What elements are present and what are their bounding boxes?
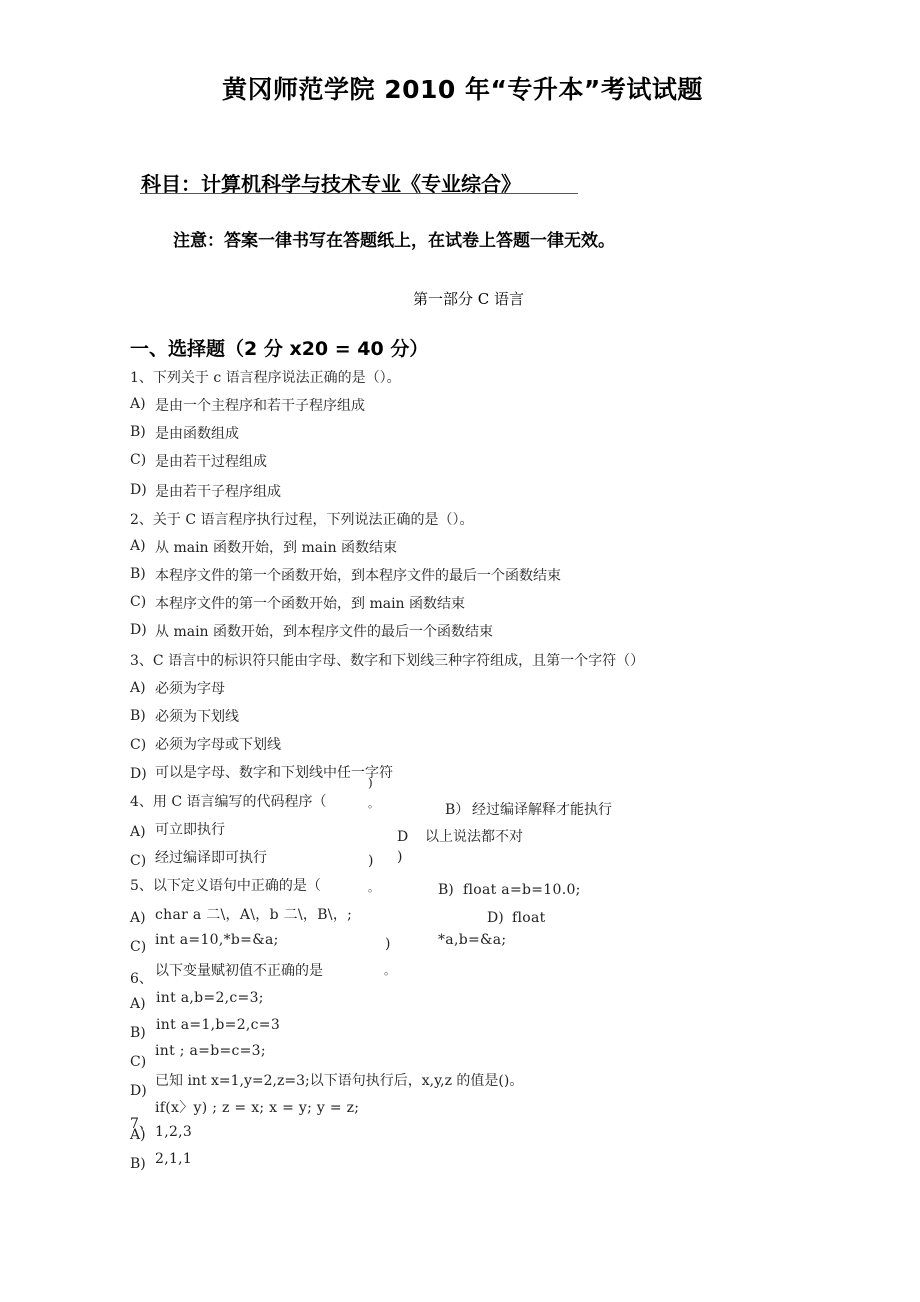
q3-option-a: 必须为字母 — [155, 678, 225, 698]
q4-option-a: 可立即执行 — [155, 819, 225, 839]
q6-option-b-label: B) — [130, 1025, 146, 1041]
q6-option-b: int a=1,b=2,c=3 — [156, 1017, 280, 1033]
q6-option-a: int a,b=2,c=3; — [156, 990, 264, 1006]
question-5-stem: 5、以下定义语句中正确的是（ — [130, 875, 321, 895]
question-1-stem: 1、下列关于 c 语言程序说法正确的是（）。 — [130, 367, 401, 387]
stray-paren: ) — [368, 776, 373, 790]
exam-title: 黄冈师范学院 2010 年“专升本”考试试题 — [222, 70, 703, 106]
q2-option-d-label: D) — [130, 622, 147, 638]
q2-option-c: 本程序文件的第一个函数开始，到 main 函数结束 — [155, 593, 465, 613]
stray-paren: ) — [397, 849, 402, 865]
q6-option-c: int ; a=b=c=3; — [155, 1043, 266, 1059]
q3-option-c: 必须为字母或下划线 — [155, 734, 281, 754]
q7-code: if(x〉y) ; z = x; x = y; y = z; — [155, 1097, 359, 1117]
part-heading: 第一部分 C 语言 — [413, 288, 524, 309]
q2-option-a-label: A) — [130, 538, 146, 554]
q4-option-b: 经过编译解释才能执行 — [472, 799, 612, 819]
question-6-stem: 以下变量赋初值不正确的是 — [155, 960, 323, 980]
q7-option-b-label: B) — [130, 1156, 146, 1172]
q5-option-a-label: A) — [130, 910, 146, 926]
section-heading: 一、选择题（2 分 x20 = 40 分） — [130, 334, 428, 361]
q6-stem-tail: 。 — [384, 962, 395, 978]
q6-option-a-label: A) — [130, 996, 146, 1012]
q4-stem-tail: 。 — [368, 795, 379, 811]
q2-option-c-label: C) — [130, 594, 146, 610]
q5-option-a: char a 二\，A\，b 二\，B\，; — [155, 904, 352, 924]
q1-option-d: 是由若干子程序组成 — [155, 481, 281, 501]
question-3-stem: 3、C 语言中的标识符只能由字母、数字和下划线三种字符组成，且第一个字符（） — [130, 650, 644, 670]
q1-option-a-label: A) — [130, 396, 146, 412]
q1-option-b: 是由函数组成 — [155, 423, 239, 443]
q5-option-d: float — [512, 910, 546, 926]
q3-option-a-label: A) — [130, 680, 146, 696]
q6-option-d-label: D) — [130, 1083, 147, 1099]
exam-notice: 注意：答案一律书写在答题纸上，在试卷上答题一律无效。 — [173, 226, 615, 251]
q5-option-c: int a=10,*b=&a; — [155, 932, 279, 948]
question-4-stem: 4、用 C 语言编写的代码程序（ — [130, 791, 327, 811]
q2-option-b-label: B) — [130, 566, 146, 582]
q1-option-b-label: B) — [130, 424, 146, 440]
q7-option-a: 1,2,3 — [155, 1124, 192, 1140]
q7-option-b: 2,1,1 — [155, 1151, 192, 1167]
q7-option-a-label: A) — [130, 1127, 146, 1143]
q5-stem-tail: 。 — [368, 879, 379, 895]
q3-option-d: 可以是字母、数字和下划线中任一字符 — [155, 762, 393, 782]
q3-option-d-label: D) — [130, 766, 147, 782]
q7-stem: 已知 int x=1,y=2,z=3;以下语句执行后，x,y,z 的值是()。 — [155, 1070, 523, 1090]
stray-paren: ) — [368, 853, 373, 869]
question-2-stem: 2、关于 C 语言程序执行过程，下列说法正确的是（）。 — [130, 509, 474, 529]
q1-option-c-label: C) — [130, 452, 146, 468]
q5-option-b: float a=b=10.0; — [463, 882, 581, 898]
q5-option-b-label: B) — [438, 882, 454, 898]
q4-option-d-label: D — [397, 829, 408, 845]
q3-option-b-label: B) — [130, 708, 146, 724]
q2-option-a: 从 main 函数开始，到 main 函数结束 — [155, 537, 397, 557]
q5-option-d-continued: *a,b=&a; — [438, 932, 506, 948]
q3-option-b: 必须为下划线 — [155, 706, 239, 726]
q2-option-b: 本程序文件的第一个函数开始，到本程序文件的最后一个函数结束 — [155, 565, 561, 585]
q3-option-c-label: C) — [130, 737, 146, 753]
q4-option-c-label: C) — [130, 853, 146, 869]
q1-option-a: 是由一个主程序和若干子程序组成 — [155, 395, 365, 415]
q5-option-d-label: D) — [487, 910, 504, 926]
q4-option-b-label: B） — [445, 799, 469, 819]
subject-underline — [140, 193, 578, 194]
q4-option-d: 以上说法都不对 — [425, 826, 523, 846]
q1-option-d-label: D) — [130, 482, 147, 498]
q2-option-d: 从 main 函数开始，到本程序文件的最后一个函数结束 — [155, 621, 493, 641]
question-6-number: 6、 — [130, 968, 153, 988]
q1-option-c: 是由若干过程组成 — [155, 451, 267, 471]
q6-option-c-label: C) — [130, 1054, 146, 1070]
q5-option-c-label: C) — [130, 939, 146, 955]
stray-paren: ) — [385, 936, 390, 952]
q4-option-a-label: A) — [130, 824, 146, 840]
q4-option-c: 经过编译即可执行 — [155, 847, 267, 867]
